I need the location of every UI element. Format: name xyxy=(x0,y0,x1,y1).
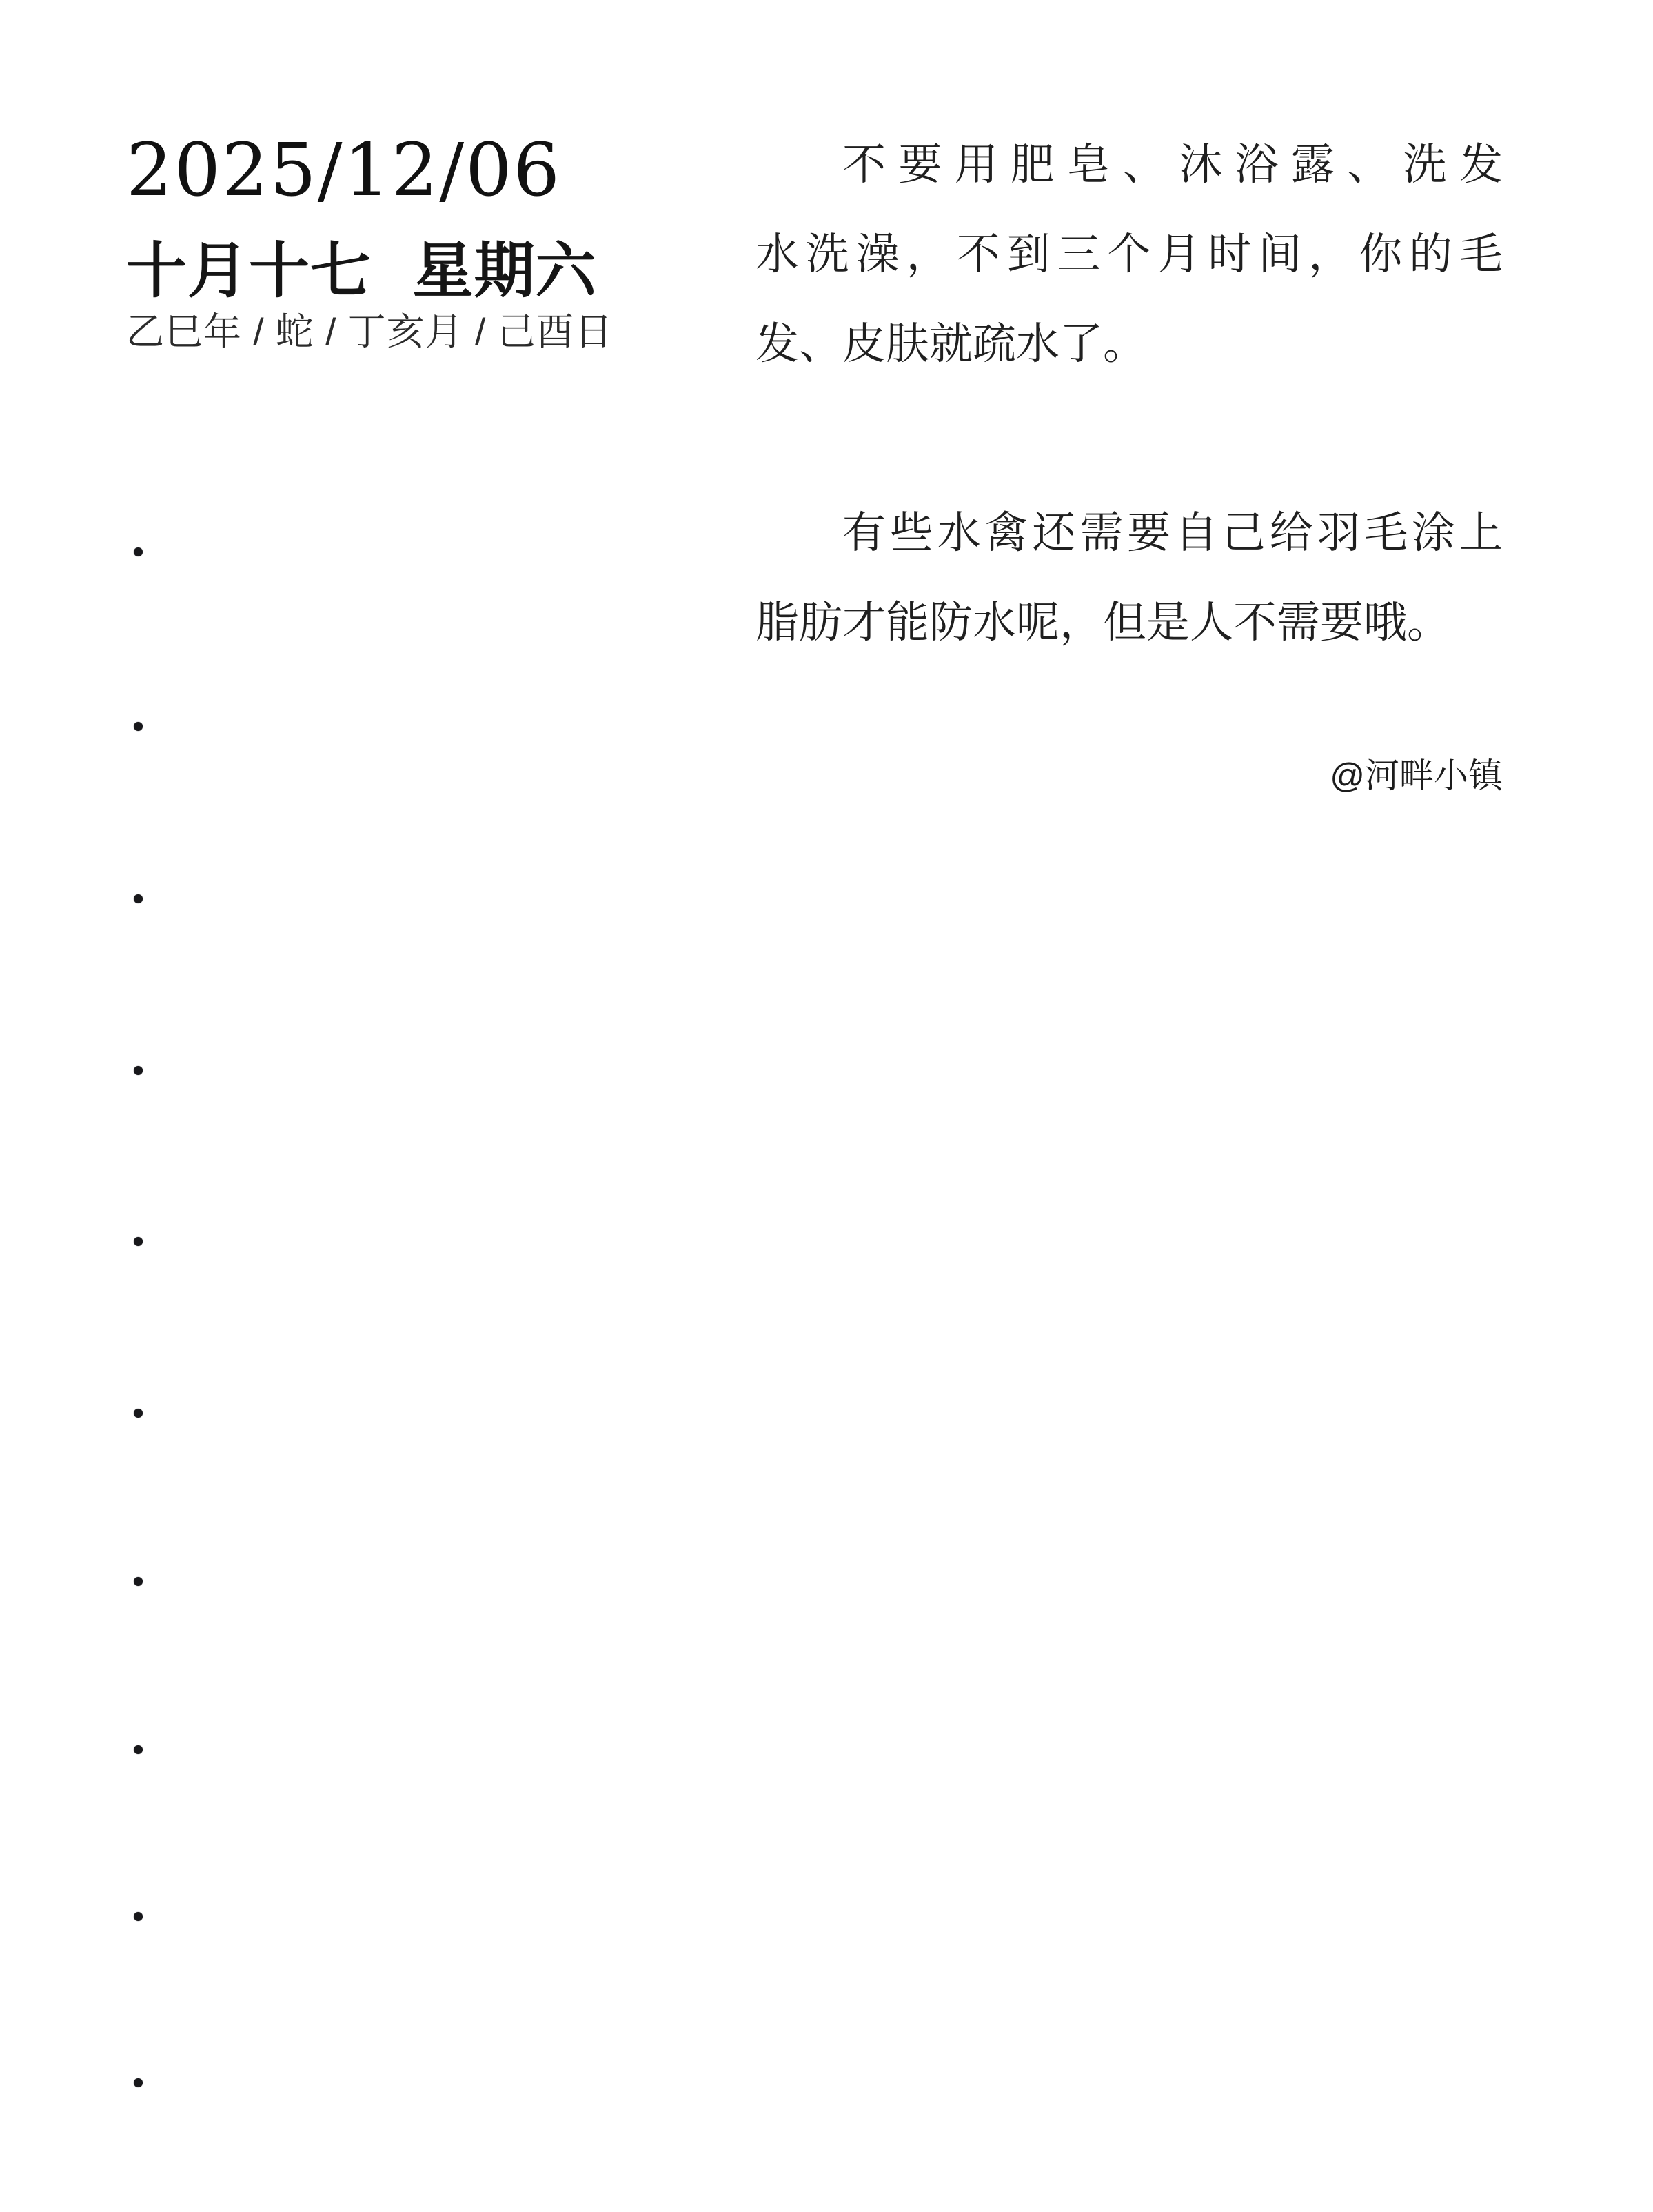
lunar-date: 十月十七 星期六 xyxy=(126,240,597,301)
timeline-dot xyxy=(134,1912,143,1921)
timeline-dot xyxy=(134,722,143,731)
quote-paragraph: 不要用肥皂、沐浴露、洗发水洗澡，不到三个月时间，你的毛发、皮肤就疏水了。 xyxy=(755,120,1503,389)
ganzhi-date: 乙巳年 / 蛇 / 丁亥月 / 己酉日 xyxy=(126,313,613,351)
attribution: @河畔小镇 xyxy=(755,754,1503,798)
quote-line: 水洗澡，不到三个月时间，你的毛 xyxy=(755,210,1503,299)
timeline-dot xyxy=(134,1577,143,1586)
quote-line: 发、皮肤就疏水了。 xyxy=(755,299,1503,389)
timeline-dot xyxy=(134,1066,143,1075)
quote-paragraphs: 不要用肥皂、沐浴露、洗发水洗澡，不到三个月时间，你的毛发、皮肤就疏水了。有些水禽… xyxy=(755,120,1503,667)
quote-line: 脂肪才能防水呢，但是人不需要哦。 xyxy=(755,578,1503,667)
quote-block: 不要用肥皂、沐浴露、洗发水洗澡，不到三个月时间，你的毛发、皮肤就疏水了。有些水禽… xyxy=(755,120,1503,798)
timeline-dot xyxy=(134,2078,143,2087)
timeline-dot xyxy=(134,547,143,556)
timeline-dot xyxy=(134,894,143,903)
quote-paragraph: 有些水禽还需要自己给羽毛涂上脂肪才能防水呢，但是人不需要哦。 xyxy=(755,488,1503,667)
daily-calendar-page: 2025/12/06 十月十七 星期六 乙巳年 / 蛇 / 丁亥月 / 己酉日 … xyxy=(0,0,1653,2212)
gregorian-date: 2025/12/06 xyxy=(126,134,561,207)
timeline-dot xyxy=(134,1745,143,1754)
timeline-dot xyxy=(134,1409,143,1418)
quote-line: 不要用肥皂、沐浴露、洗发 xyxy=(755,120,1503,210)
quote-line: 有些水禽还需要自己给羽毛涂上 xyxy=(755,488,1503,578)
timeline-dot xyxy=(134,1237,143,1246)
